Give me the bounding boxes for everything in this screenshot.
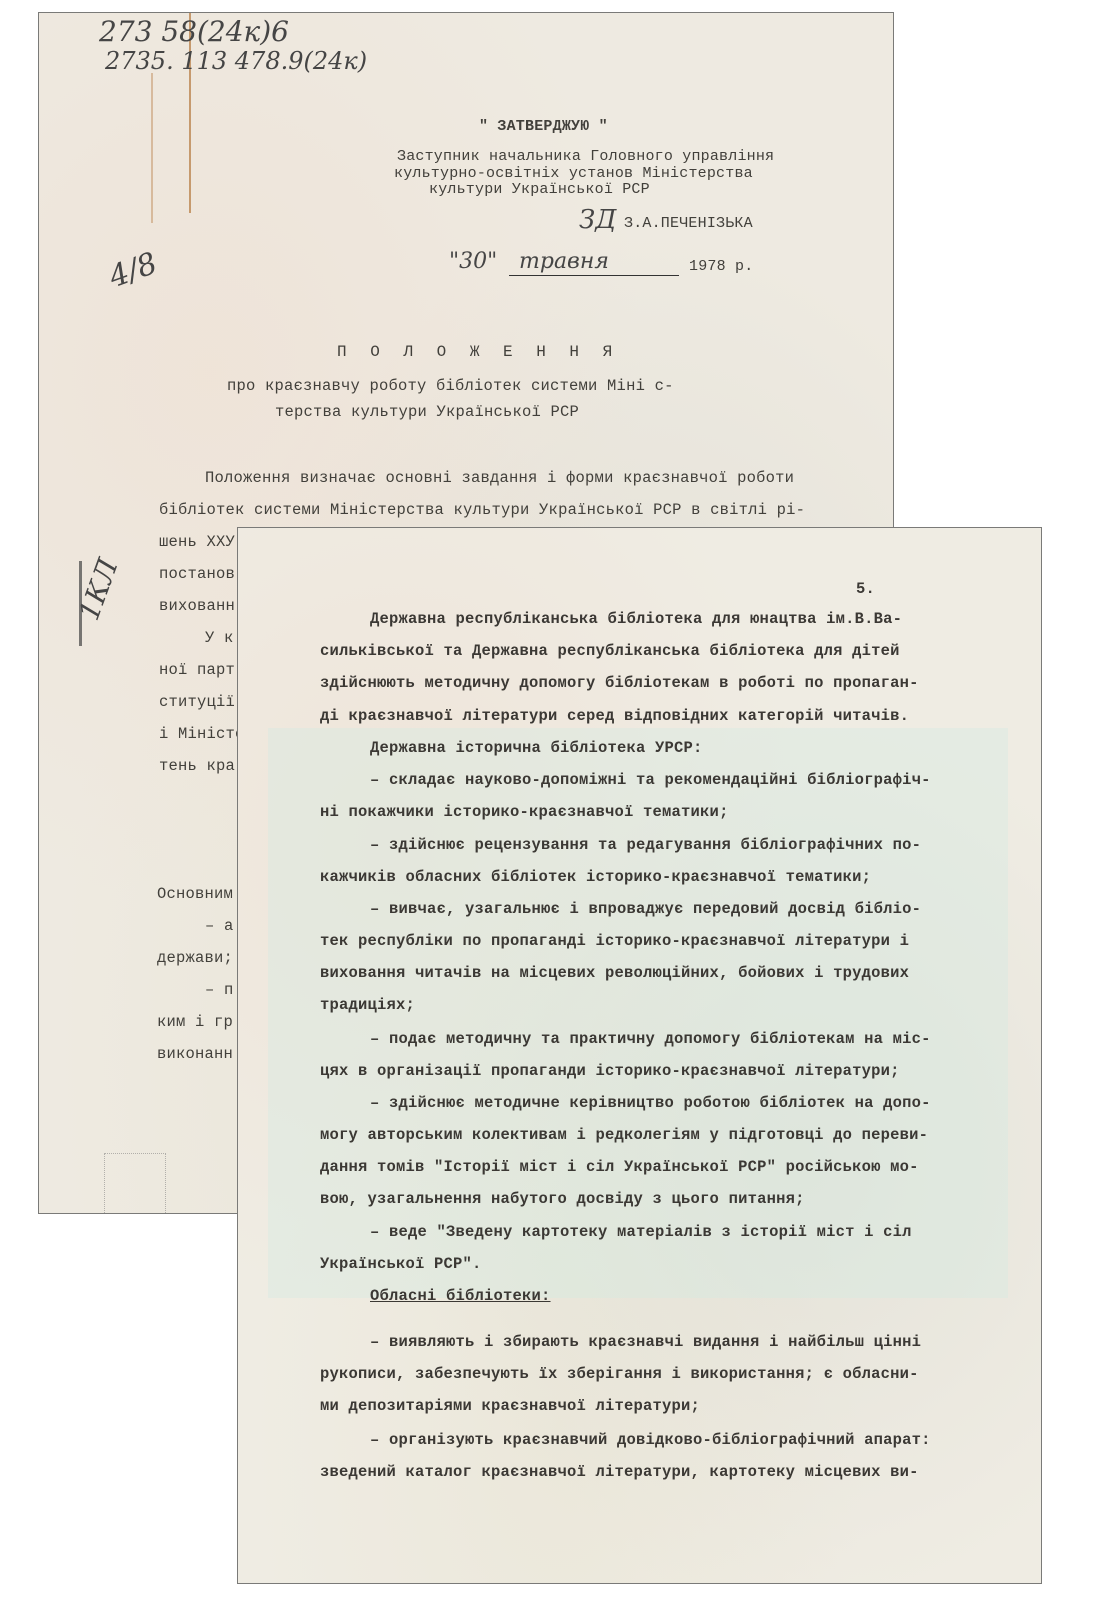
approver-position: культури Української РСР [429,181,650,198]
signer-name: З.А.ПЕЧЕНІЗЬКА [624,215,753,232]
list-item-cont: дання томів "Історії міст і сіл Українсь… [320,1158,919,1176]
approval-month: травня [519,249,609,274]
body-line: Положення визначає основні завдання і фо… [205,469,794,487]
date-underline [509,275,679,276]
list-item-cont: вою, узагальнення набутого досвіду з цьо… [320,1190,805,1208]
list-item-cont: ні покажчики історико-краєзнавчої темати… [320,803,729,821]
signature: ЗД [579,205,616,235]
page-number: 5. [856,580,875,598]
list-item-cont: традиціях; [320,996,415,1014]
body-line: – п [205,981,234,999]
archive-code-1: 273 58(24к)6 [99,15,289,48]
body-line: тень кра [159,757,235,775]
body-line: виконанн [157,1045,233,1063]
approval-year: 1978 р. [689,258,753,275]
body-line: і Міністе [159,725,245,743]
front-document-page: 5. Державна республіканська бібліотека д… [237,527,1042,1584]
body-line: держави; [157,949,233,967]
list-item-cont: тек республіки по пропаганді історико-кр… [320,932,909,950]
body-line: ким і гр [157,1013,233,1031]
list-item: – подає методичну та практичну допомогу … [370,1030,931,1048]
approver-position: Заступник начальника Головного управлінн… [397,148,774,165]
list-item: – складає науково-допоміжні та рекоменда… [370,771,931,789]
list-item: – здійснює рецензування та редагування б… [370,836,921,854]
document-title: П О Л О Ж Е Н Н Я [337,343,619,361]
archive-stamp [104,1153,166,1214]
section-heading: Обласні бібліотеки: [370,1287,551,1305]
body-line: шень ХХУ [159,533,235,551]
document-subtitle: терства культури Української РСР [275,403,579,421]
list-item-cont: рукописи, забезпечують їх зберігання і в… [320,1365,919,1383]
approve-heading: " ЗАТВЕРДЖУЮ " [479,118,608,135]
list-item: – веде "Зведену картотеку матеріалів з і… [370,1223,912,1241]
body-line: здійснюють методичну допомогу бібліотека… [320,674,919,692]
body-line: Основним [157,885,233,903]
list-item-cont: виховання читачів на місцевих революційн… [320,964,909,982]
list-item: – здійснює методичне керівництво роботою… [370,1094,931,1112]
list-item-cont: ми депозитаріями краєзнавчої літератури; [320,1397,700,1415]
body-line: вихованн [159,597,235,615]
approval-day: "30" [449,249,497,274]
body-line: Державна республіканська бібліотека для … [370,610,902,628]
list-item-cont: кажчиків обласних бібліотек історико-кра… [320,868,871,886]
archive-code-2: 2735. 113 478.9(24к) [105,47,367,75]
body-line: постанов [159,565,235,583]
list-item: – виявляють і збирають краєзнавчі виданн… [370,1333,921,1351]
section-heading: Державна історична бібліотека УРСР: [370,739,703,757]
list-item-cont: зведений каталог краєзнавчої літератури,… [320,1463,919,1481]
body-line: ної парт [159,661,235,679]
list-item: – вивчає, узагальнює і впроваджує передо… [370,900,921,918]
list-item-cont: могу авторським колективам і редколегіям… [320,1126,928,1144]
body-line: У к [205,629,234,647]
body-line: ституції [159,693,235,711]
approver-position: культурно-освітніх установ Міністерства [394,165,753,182]
body-line: – а [205,917,234,935]
body-line: ді краєзнавчої літератури серед відповід… [320,707,909,725]
document-subtitle: про краєзнавчу роботу бібліотек системи … [227,377,674,395]
paper-crease [151,73,153,223]
list-item-cont: Української РСР". [320,1255,482,1273]
body-line: сильківської та Державна республіканська… [320,642,900,660]
list-item: – організують краєзнавчий довідково-бібл… [370,1431,931,1449]
margin-note: 4/8 [104,246,161,295]
list-item-cont: цях в організації пропаганди історико-кр… [320,1062,900,1080]
body-line: бібліотек системи Міністерства культури … [159,501,805,519]
